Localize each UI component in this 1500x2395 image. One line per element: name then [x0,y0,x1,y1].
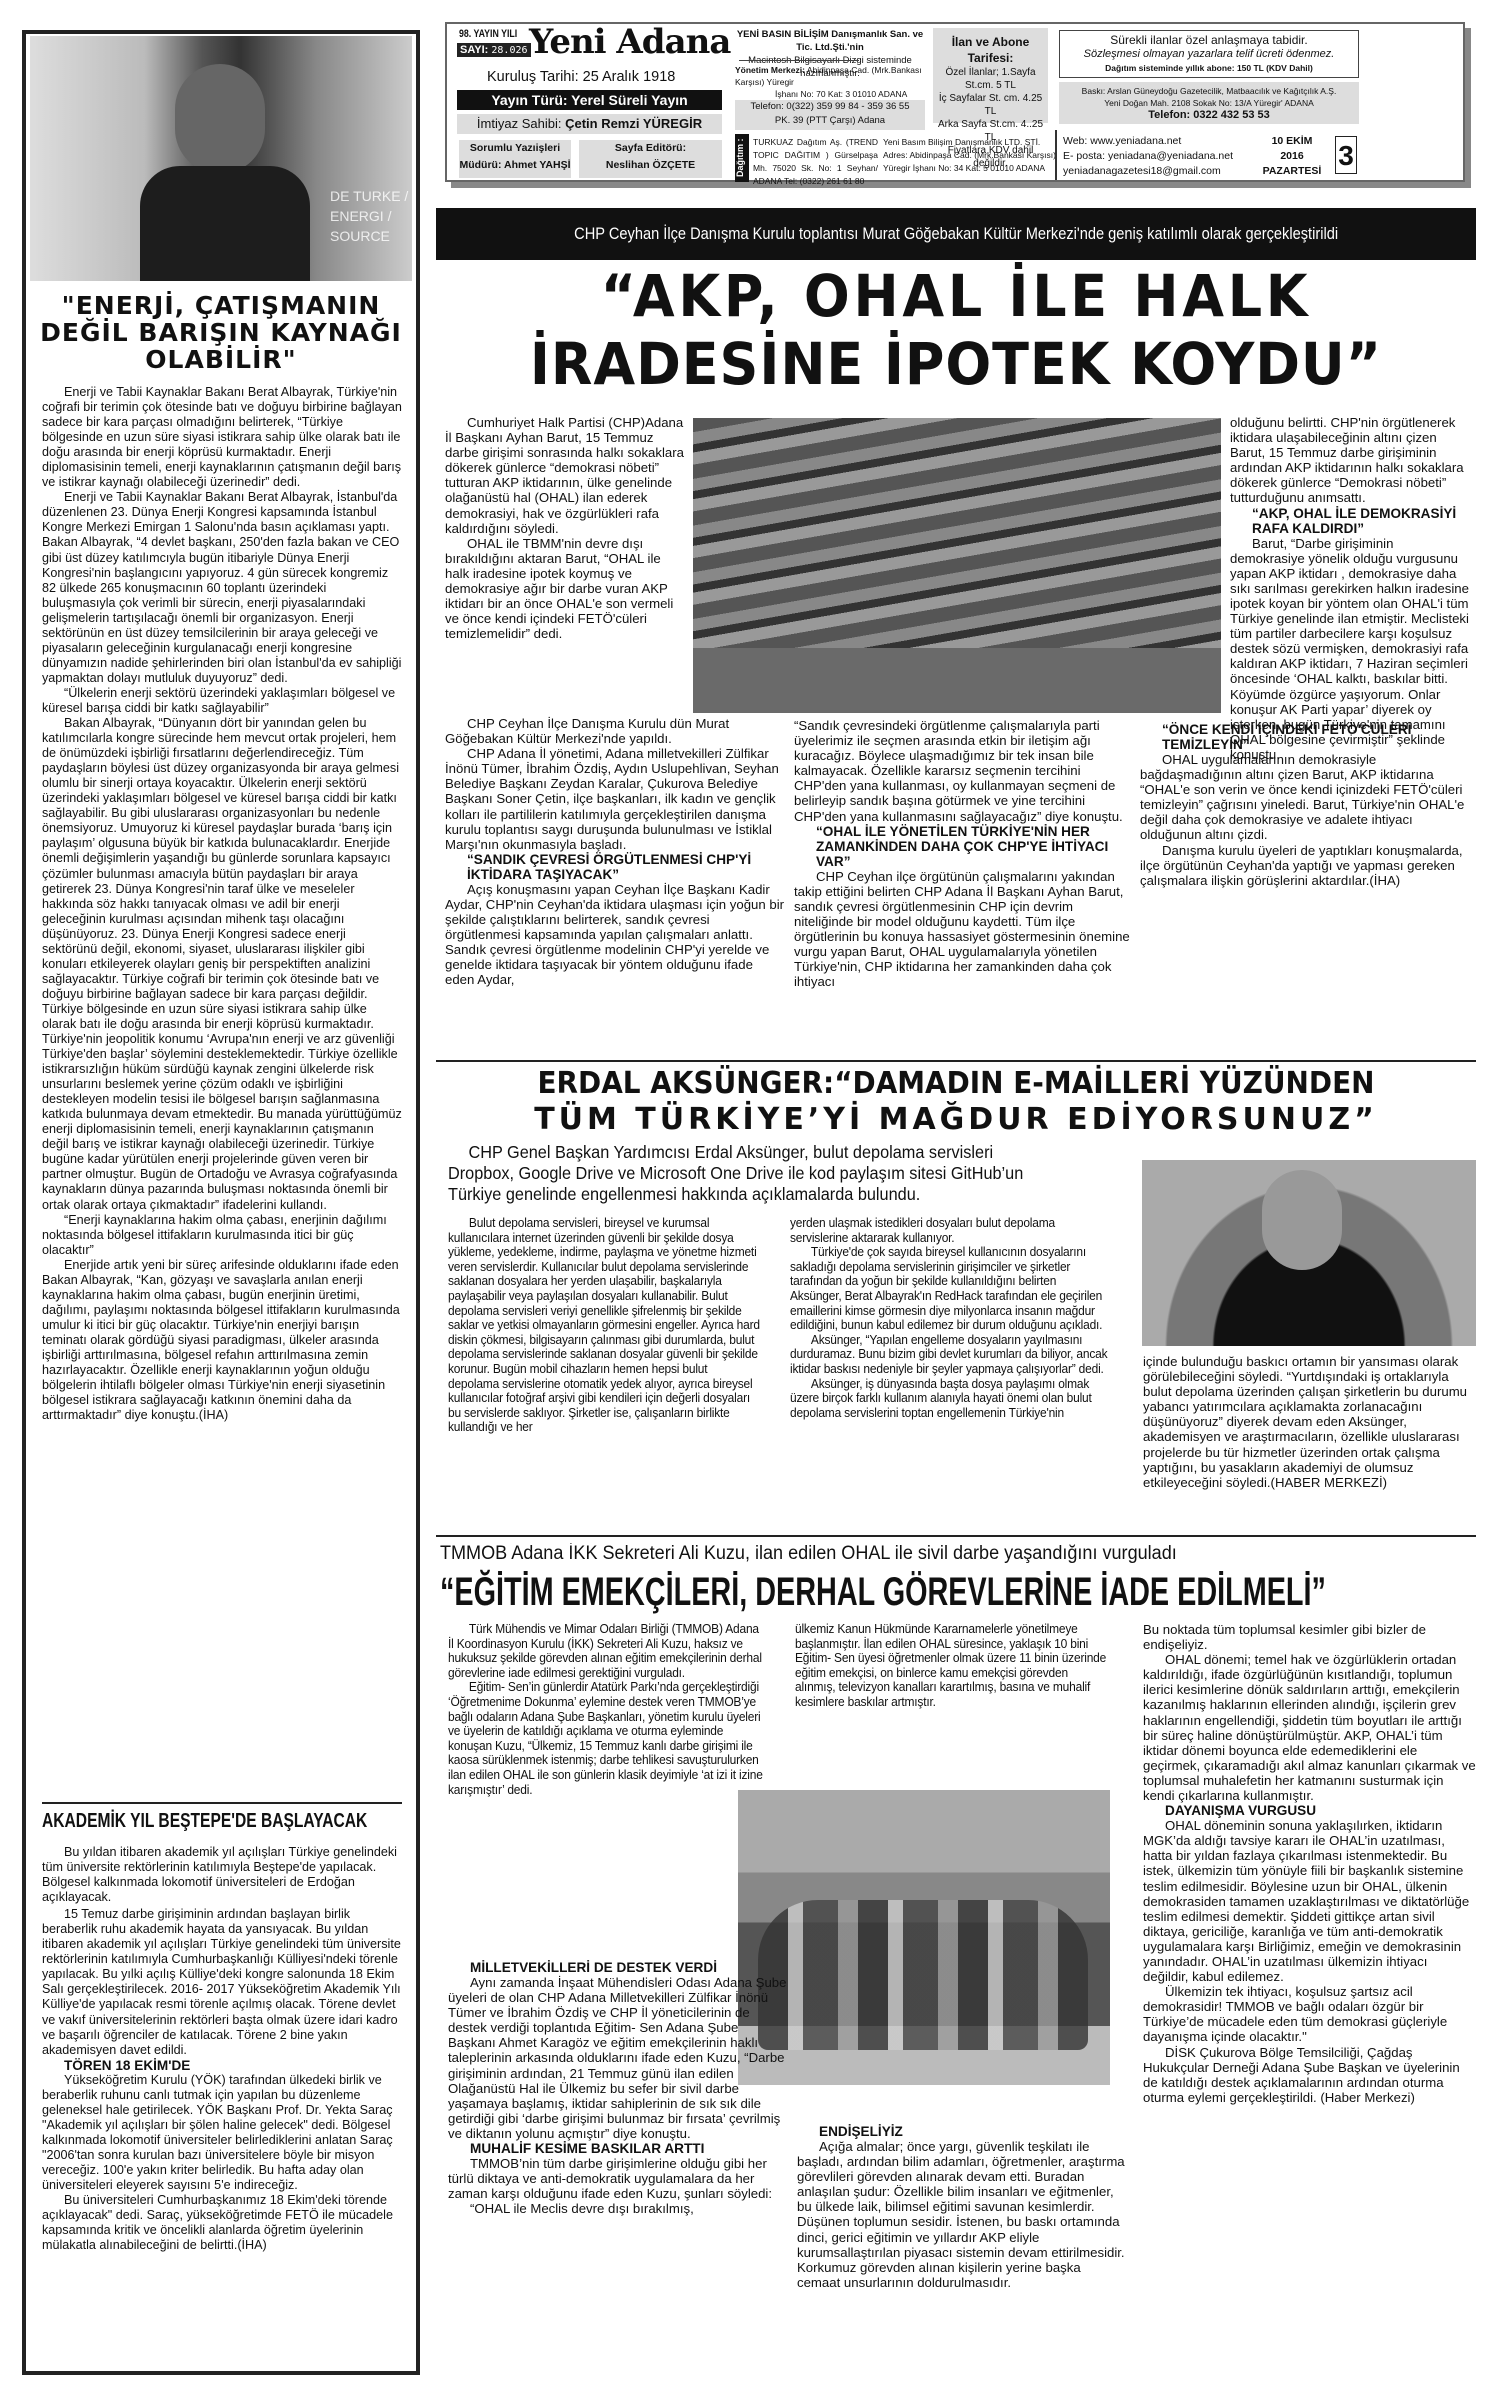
subheading: “OHAL İLE YÖNETİLEN TÜRKİYE'NİN HER ZAMA… [794,824,1130,869]
page-editor-name: Neslihan ÖZÇETE [579,157,722,174]
tariff-line3: Arka Sayfa St.cm. 4..25 TL [933,118,1048,144]
paragraph: “OHAL ile Meclis devre dışı bırakılmış, [448,2201,788,2216]
photo-subject-body [140,166,310,281]
left-headline-line3: OLABİLİR" [30,346,412,373]
paragraph: yerden ulaşmak istedikleri dosyaları bul… [790,1216,1108,1245]
founded-date: Kuruluş Tarihi: 25 Aralık 1918 [487,69,675,85]
notice-box: Sürekli ilanlar özel anlaşmaya tabidir. … [1059,30,1359,78]
issue-badge: SAYI: 28.026 [457,43,531,57]
divider [436,1535,1476,1537]
chp-kicker: CHP Ceyhan İlçe Danışma Kurulu toplantıs… [574,208,1338,260]
editor-in-chief-name: Müdürü: Ahmet YAHŞİ [459,157,571,174]
year-label: 98. YAYIN YILI [459,28,517,40]
paragraph: TMMOB’nin tüm darbe girişimlerine olduğu… [448,2156,788,2201]
editor-in-chief-box: Sorumlu Yazıişleri Müdürü: Ahmet YAHŞİ [459,140,571,178]
photo-backdrop-text: DE TURKE / ENERGI / SOURCE [330,186,410,246]
tariff-title: İlan ve Abone Tarifesi: [933,34,1048,66]
paragraph: CHP Ceyhan İlçe Danışma Kurulu dün Murat… [445,716,785,746]
photo-subject-head [175,64,265,174]
paragraph: “Ülkelerin enerji sektörü üzerindeki yak… [42,686,402,716]
aksunger-col3: içinde bulunduğu baskıcı ortamın bir yan… [1143,1354,1476,1490]
tariff-line4: Fiyatlara KDV dahil değildir. [933,144,1048,170]
paragraph: Türkiye'de çok sayıda bireysel kullanıcı… [790,1245,1108,1333]
phone-line: Telefon: 0(322) 359 99 84 - 359 36 55 [735,100,925,114]
po-box: PK. 39 (PTT Çarşı) Adana [735,114,925,128]
distribution-text: TURKUAZ Dağıtım Aş. (TREND TOPIC DAĞITIM… [753,136,878,188]
print-line3: Telefon: 0322 432 53 53 [1059,109,1359,121]
paragraph: 15 Temuz darbe girişiminin ardından başl… [42,1907,402,2057]
paragraph: “Sandık çevresindeki örgütlenme çalışmal… [794,718,1130,824]
page-editor-box: Sayfa Editörü: Neslihan ÖZÇETE [579,140,722,178]
aksunger-col1: Bulut depolama servisleri, bireysel ve k… [448,1216,762,1435]
tmmob-kicker: TMMOB Adana İKK Sekreteri Ali Kuzu, ilan… [440,1542,1428,1566]
paragraph: Açış konuşmasını yapan Ceyhan İlçe Başka… [445,882,785,988]
date-day: 10 EKİM [1257,134,1327,149]
paragraph: Türk Mühendis ve Mimar Odaları Birliği (… [448,1622,766,1680]
subheading: MİLLETVEKİLLERİ DE DESTEK VERDİ [448,1960,788,1975]
subheading: TÖREN 18 EKİM'DE [42,2058,402,2073]
publisher-line1: YENİ BASIN BİLİŞİM Danışmanlık San. ve T… [735,28,925,54]
paragraph: Aynı zamanda İnşaat Mühendisleri Odası A… [448,1975,788,2141]
paragraph: Eğitim- Sen’in günlerdir Atatürk Parkı’n… [448,1680,766,1797]
tariff-line2: İç Sayfalar St. cm. 4.25 TL [933,92,1048,118]
paragraph: CHP Ceyhan ilçe örgütünün çalışmalarını … [794,869,1130,990]
paragraph: Cumhuriyet Halk Partisi (CHP)Adana İl Ba… [445,415,685,536]
paragraph: olduğunu belirtti. CHP'nin örgütlenerek … [1230,415,1470,506]
subheading: “AKP, OHAL İLE DEMOKRASİYİ RAFA KALDIRDI… [1230,506,1470,536]
aksunger-lead: CHP Genel Başkan Yardımcısı Erdal Aksüng… [448,1142,1043,1205]
contact-info: Web: www.yeniadana.net E- posta: yeniada… [1063,134,1243,179]
paragraph: “Enerji kaynaklarına hakim olma çabası, … [42,1213,402,1258]
divider [436,1060,1476,1062]
owner-label: İmtiyaz Sahibi: [477,116,562,131]
left-headline-line2: DEĞİL BARIŞIN KAYNAĞI [30,319,412,346]
divider [42,1802,402,1804]
paragraph: Aksünger, “Yapılan engelleme dosyaların … [790,1333,1108,1377]
email-link[interactable]: E- posta: yeniadana@yeniadana.net [1063,149,1243,164]
aksunger-photo [1142,1160,1476,1346]
management-address2: İşhanı No: 70 Kat: 3 01010 ADANA [735,88,930,100]
paragraph: Ülkemizin tek ihtiyacı, koşulsuz şartsız… [1143,1984,1476,2044]
paragraph: Bakan Albayrak, “Dünyanın dört bir yanın… [42,716,402,1213]
notice-line3: Dağıtım sisteminde yıllık abone: 150 TL … [1060,61,1358,75]
owner-bar: İmtiyaz Sahibi: Çetin Remzi YÜREGİR [457,114,722,134]
tariff-box: İlan ve Abone Tarifesi: Özel İlanlar; 1.… [933,28,1048,123]
tmmob-headline: “EĞİTİM EMEKÇİLERİ, DERHAL GÖREVLERİNE İ… [440,1568,1326,1616]
issue-number: 28.026 [491,45,527,56]
management-info: Yönetim Merkezi: Abidinpaşa Cad. (Mrk.Ba… [735,64,930,100]
albayrak-photo: DE TURKE / ENERGI / SOURCE [30,36,412,281]
chp-kicker-bar: CHP Ceyhan İlçe Danışma Kurulu toplantıs… [436,208,1476,260]
paragraph: CHP Adana İl yönetimi, Adana milletvekil… [445,746,785,852]
subheading: “ÖNCE KENDİ İÇİNDEKİ FETÖ'CÜLERİ TEMİZLE… [1140,722,1472,752]
print-line2: Yeni Doğan Mah. 2108 Sokak No: 13/A Yüre… [1059,97,1359,109]
photo-people [758,1900,1088,2050]
notice-line2: Sözleşmesi olmayan yazarlara telif ücret… [1060,47,1358,61]
paragraph: Yükseköğretim Kurulu (YÖK) tarafından ül… [42,2073,402,2193]
photo-stage-floor [693,648,1221,713]
paragraph: Açığa almalar; önce yargı, güvenlik teşk… [797,2139,1127,2290]
tmmob-col1-top: Türk Mühendis ve Mimar Odaları Birliği (… [448,1622,766,1797]
page-number: 3 [1338,140,1354,171]
left-headline: "ENERJİ, ÇATIŞMANIN DEĞİL BARIŞIN KAYNAĞ… [30,292,412,373]
phone-box: Telefon: 0(322) 359 99 84 - 359 36 55 PK… [735,100,925,130]
editor-in-chief-label: Sorumlu Yazıişleri [459,140,571,157]
issue-label: SAYI: [460,44,488,56]
page-editor-label: Sayfa Editörü: [579,140,722,157]
paragraph: Enerjide artık yeni bir süreç arifesinde… [42,1258,402,1424]
paragraph: OHAL ile TBMM'nin devre dışı bırakıldığı… [445,536,685,642]
tmmob-col1-lower: MİLLETVEKİLLERİ DE DESTEK VERDİ Aynı zam… [448,1960,788,2216]
paragraph: Enerji ve Tabii Kaynaklar Bakanı Berat A… [42,385,402,490]
chp-col3-lower: “ÖNCE KENDİ İÇİNDEKİ FETÖ'CÜLERİ TEMİZLE… [1140,722,1472,888]
paragraph: Bu yıldan itibaren akademik yıl açılışla… [42,1845,402,1905]
left-article-body: Enerji ve Tabii Kaynaklar Bakanı Berat A… [42,385,402,1423]
management-label: Yönetim Merkezi: [735,65,805,75]
akademik-headline: AKADEMİK YIL BEŞTEPE'DE BAŞLAYACAK [42,1810,367,1833]
paragraph: OHAL döneminin sonuna yaklaşılırken, ikt… [1143,1818,1476,1984]
aksunger-headline: ERDAL AKSÜNGER:“DAMADIN E-MAİLLERİ YÜZÜN… [436,1066,1476,1138]
paragraph: Bu üniversiteleri Cumhurbaşkanımız 18 Ek… [42,2193,402,2253]
tmmob-col2-top: ülkemiz Kanun Hükmünde Kararnamelerle yö… [795,1622,1109,1710]
paragraph: OHAL uygulamalarının demokrasiyle bağdaş… [1140,752,1472,843]
distribution-tag: Dağıtım : [735,134,749,182]
chp-meeting-photo [693,418,1221,713]
print-box: Baskı: Arslan Güneydoğu Gazetecilik, Mat… [1059,82,1359,124]
photo-subject-head [1262,1170,1342,1270]
subheading: ENDİŞELİYİZ [797,2124,1127,2139]
subheading: MUHALİF KESİME BASKILAR ARTTI [448,2141,788,2156]
paragraph: Danışma kurulu üyeleri de yaptıkları kon… [1140,843,1472,888]
paragraph: DİSK Çukurova Bölge Temsilciliği, Çağdaş… [1143,2045,1476,2105]
sit-in-photo [738,1790,1110,2085]
masthead: 98. YAYIN YILI SAYI: 28.026 Yeni Adana K… [445,22,1465,182]
chp-col2: “Sandık çevresindeki örgütlenme çalışmal… [794,718,1130,989]
chp-col1: Cumhuriyet Halk Partisi (CHP)Adana İl Ba… [445,415,685,641]
divider [1055,130,1057,180]
issue-date: 10 EKİM 2016 PAZARTESİ [1257,134,1327,179]
newspaper-title: Yeni Adana [529,22,730,62]
tmmob-col2-lower: ENDİŞELİYİZ Açığa almalar; önce yargı, g… [797,2124,1127,2290]
owner-name: Çetin Remzi YÜREGİR [565,116,702,131]
tmmob-col3: Bu noktada tüm toplumsal kesimler gibi b… [1143,1622,1476,2105]
paragraph: Enerji ve Tabii Kaynaklar Bakanı Berat A… [42,490,402,686]
tariff-line1: Özel İlanlar; 1.Sayfa St.cm. 5 TL [933,66,1048,92]
date-weekday: PAZARTESİ [1257,164,1327,179]
left-headline-line1: "ENERJİ, ÇATIŞMANIN [30,292,412,319]
paragraph: OHAL dönemi; temel hak ve özgürlüklerin … [1143,1652,1476,1803]
date-year: 2016 [1257,149,1327,164]
distribution-label: Dağıtım : [735,139,745,178]
divider [739,60,859,61]
notice-line1: Sürekli ilanlar özel anlaşmaya tabidir. [1060,33,1358,47]
paragraph: Aksünger, iş dünyasında başta dosya payl… [790,1377,1108,1421]
chp-col1-lower: CHP Ceyhan İlçe Danışma Kurulu dün Murat… [445,716,785,988]
paragraph: Bu noktada tüm toplumsal kesimler gibi b… [1143,1622,1476,1652]
subheading: “SANDIK ÇEVRESİ ÖRGÜTLENMESİ CHP'Yİ İKTİ… [445,852,785,882]
chp-headline-line2: İRADESİNE İPOTEK KOYDU” [472,330,1439,398]
aksunger-col2: yerden ulaşmak istedikleri dosyaları bul… [790,1216,1108,1420]
aksunger-headline-line1: ERDAL AKSÜNGER:“DAMADIN E-MAİLLERİ YÜZÜN… [472,1066,1439,1102]
aksunger-headline-line2: TÜM TÜRKİYE’Yİ MAĞDUR EDİYORSUNUZ” [436,1102,1476,1138]
chp-headline: “AKP, OHAL İLE HALK İRADESİNE İPOTEK KOY… [436,262,1476,398]
page-number-box: 3 [1335,136,1357,174]
publication-type: Yayın Türü: Yerel Süreli Yayın [491,92,687,108]
chp-col3: olduğunu belirtti. CHP'nin örgütlenerek … [1230,415,1470,762]
print-line1: Baskı: Arslan Güneydoğu Gazetecilik, Mat… [1059,85,1359,97]
gmail-link[interactable]: yeniadanagazetesi18@gmail.com [1063,164,1243,179]
subheading: DAYANIŞMA VURGUSU [1143,1803,1476,1818]
website-link[interactable]: Web: www.yeniadana.net [1063,134,1243,149]
akademik-article-body: Bu yıldan itibaren akademik yıl açılışla… [42,1845,402,2253]
publication-type-bar: Yayın Türü: Yerel Süreli Yayın [457,90,722,110]
chp-headline-line1: “AKP, OHAL İLE HALK [472,262,1439,330]
